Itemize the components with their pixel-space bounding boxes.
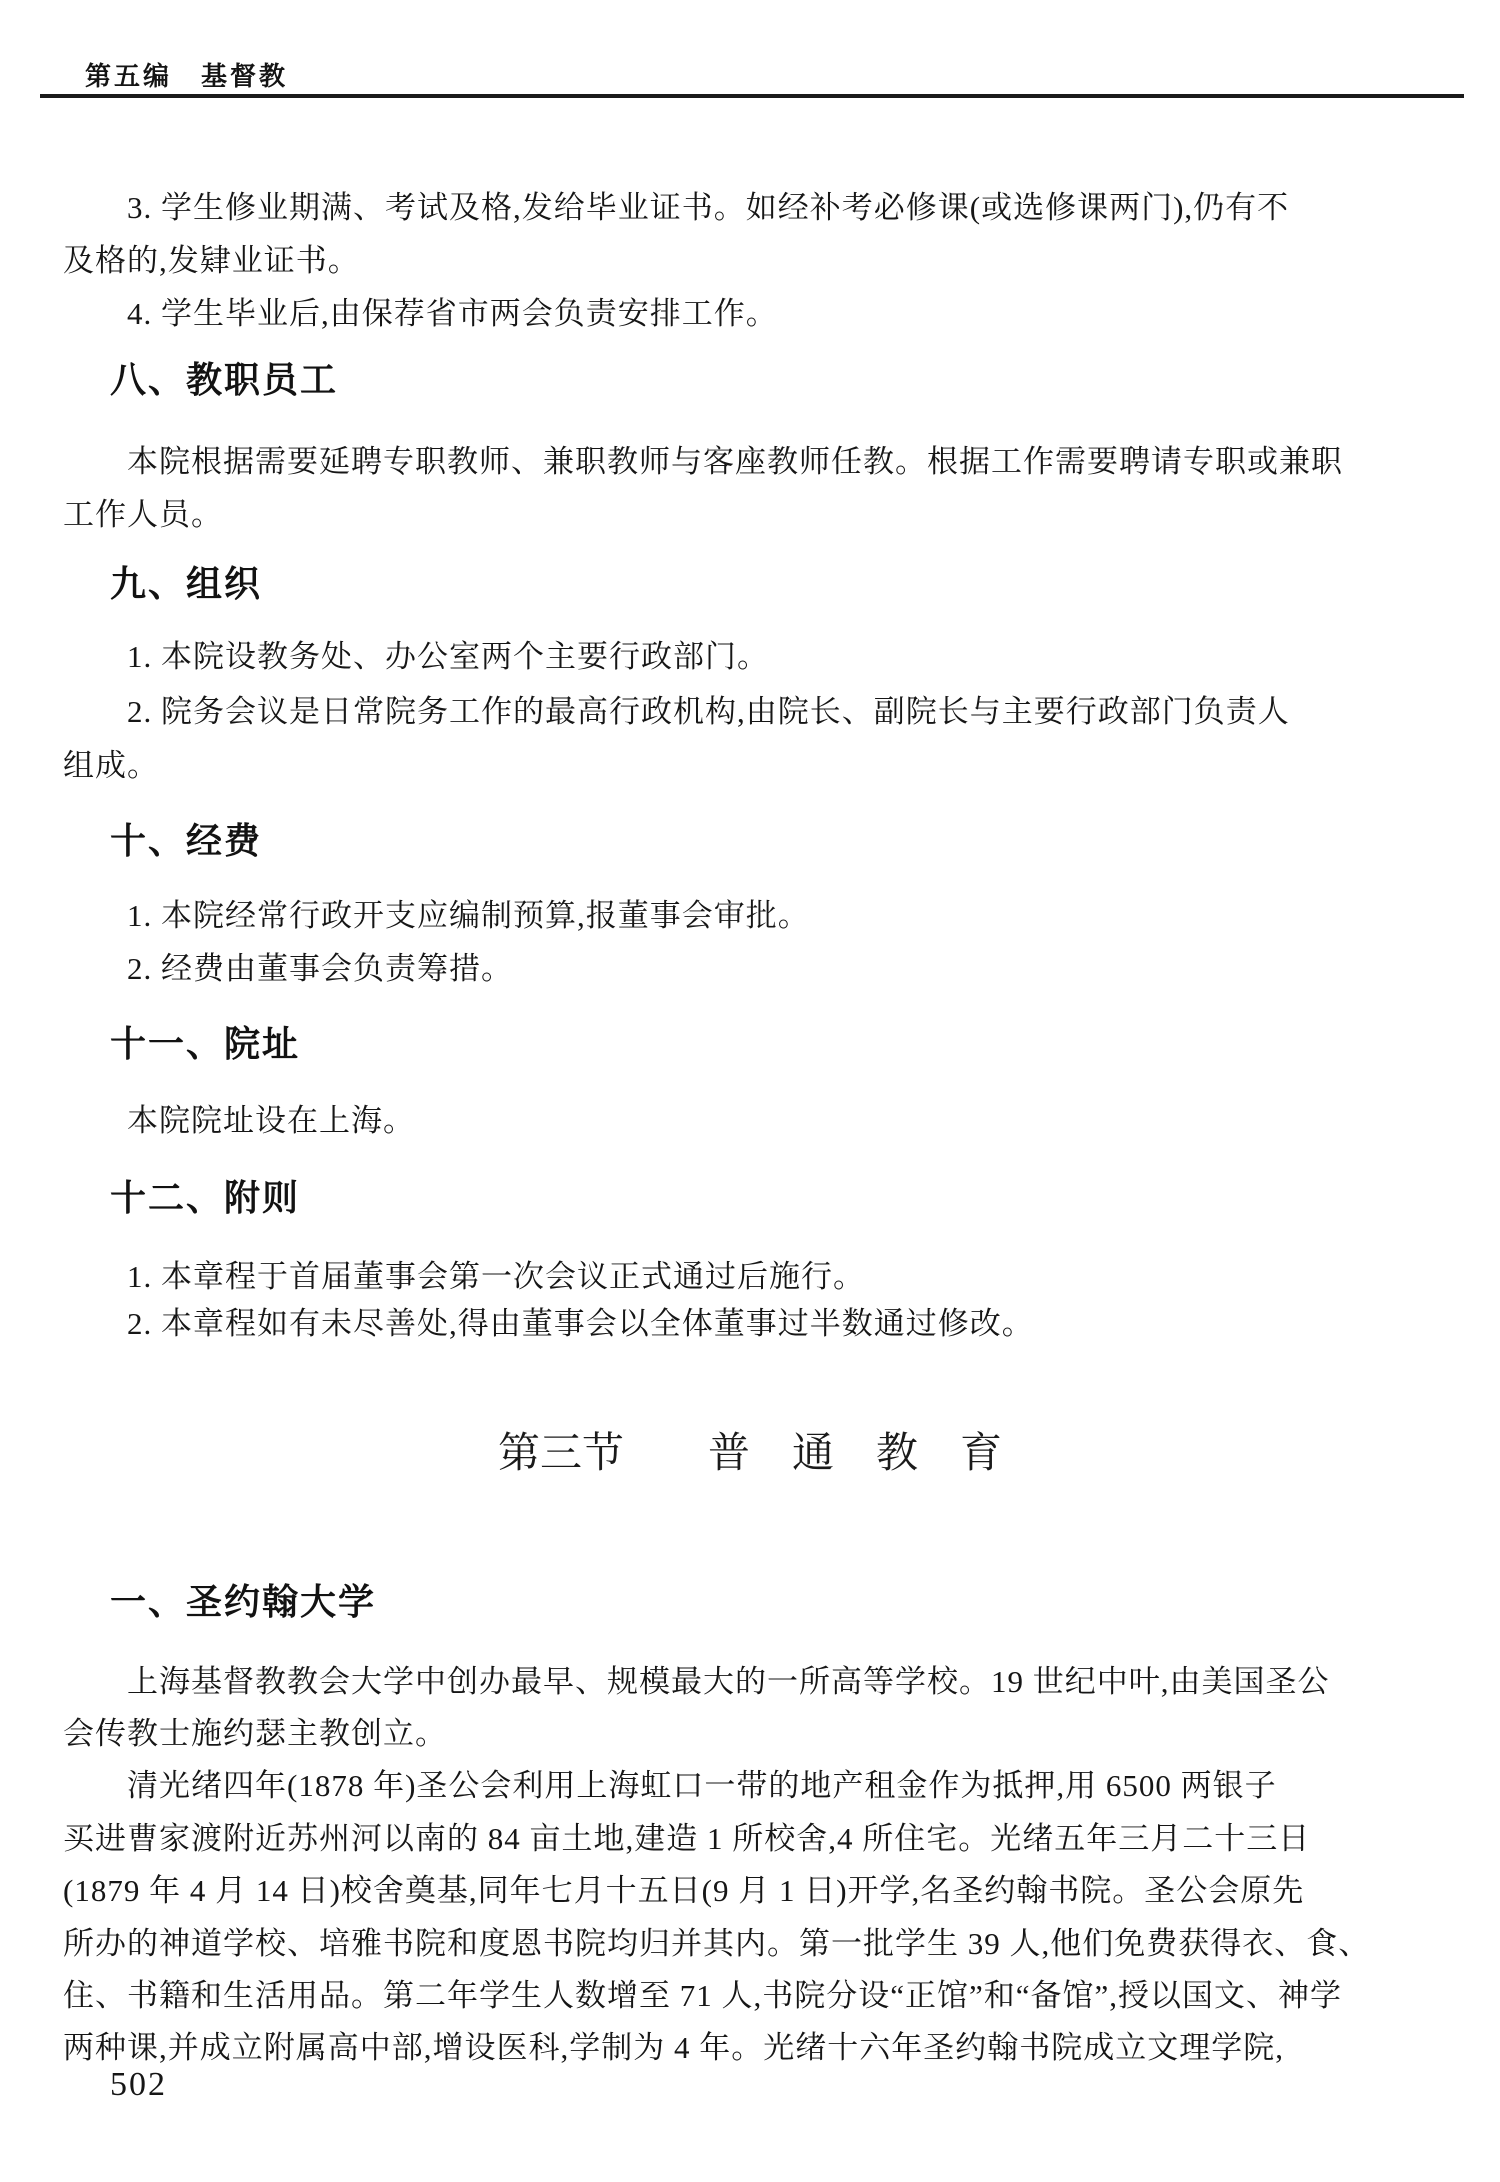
paragraph-line: 3. 学生修业期满、考试及格,发给毕业证书。如经补考必修课(或选修课两门),仍有… [127, 182, 1289, 227]
paragraph-line: 住、书籍和生活用品。第二年学生人数增至 71 人,书院分设“正馆”和“备馆”,授… [63, 1970, 1342, 2015]
paragraph-line: 组成。 [63, 740, 159, 785]
subsection-heading-1: 一、圣约翰大学 [110, 1574, 376, 1625]
paragraph-line: 两种课,并成立附属高中部,增设医科,学制为 4 年。光绪十六年圣约翰书院成立文理… [63, 2022, 1284, 2067]
page-number: 502 [110, 2066, 167, 2104]
section-heading-9: 九、组织 [110, 556, 262, 607]
running-head: 第五编 基督教 [85, 56, 288, 93]
paragraph-line: 本院院址设在上海。 [127, 1095, 415, 1140]
paragraph-line: 工作人员。 [63, 489, 223, 534]
paragraph-line: 2. 经费由董事会负责筹措。 [127, 943, 513, 988]
paragraph-line: 1. 本章程于首届董事会第一次会议正式通过后施行。 [127, 1251, 865, 1296]
paragraph-line: 本院根据需要延聘专职教师、兼职教师与客座教师任教。根据工作需要聘请专职或兼职 [127, 436, 1343, 481]
paragraph-line: 及格的,发肄业证书。 [63, 235, 360, 280]
paragraph-line: 所办的神道学校、培雅书院和度恩书院均归并其内。第一批学生 39 人,他们免费获得… [63, 1918, 1370, 1963]
chapter-section-title: 第三节 普 通 教 育 [0, 1420, 1500, 1480]
paragraph-line: 买进曹家渡附近苏州河以南的 84 亩土地,建造 1 所校舍,4 所住宅。光绪五年… [63, 1813, 1310, 1858]
section-heading-8: 八、教职员工 [110, 352, 338, 403]
section-heading-10: 十、经费 [110, 813, 262, 864]
paragraph-line: (1879 年 4 月 14 日)校舍奠基,同年七月十五日(9 月 1 日)开学… [63, 1865, 1304, 1910]
paragraph-line: 上海基督教教会大学中创办最早、规模最大的一所高等学校。19 世纪中叶,由美国圣公 [127, 1656, 1330, 1701]
paragraph-line: 4. 学生毕业后,由保荐省市两会负责安排工作。 [127, 288, 778, 333]
book-page: 第五编 基督教 3. 学生修业期满、考试及格,发给毕业证书。如经补考必修课(或选… [0, 0, 1500, 2182]
paragraph-line: 清光绪四年(1878 年)圣公会利用上海虹口一带的地产租金作为抵押,用 6500… [127, 1760, 1277, 1805]
section-heading-12: 十二、附则 [110, 1170, 300, 1221]
paragraph-line: 1. 本院经常行政开支应编制预算,报董事会审批。 [127, 890, 810, 935]
paragraph-line: 2. 本章程如有未尽善处,得由董事会以全体董事过半数通过修改。 [127, 1298, 1034, 1343]
section-heading-11: 十一、院址 [110, 1016, 300, 1067]
paragraph-line: 1. 本院设教务处、办公室两个主要行政部门。 [127, 631, 769, 676]
paragraph-line: 会传教士施约瑟主教创立。 [63, 1708, 447, 1753]
paragraph-line: 2. 院务会议是日常院务工作的最高行政机构,由院长、副院长与主要行政部门负责人 [127, 686, 1290, 731]
header-rule [40, 94, 1464, 98]
